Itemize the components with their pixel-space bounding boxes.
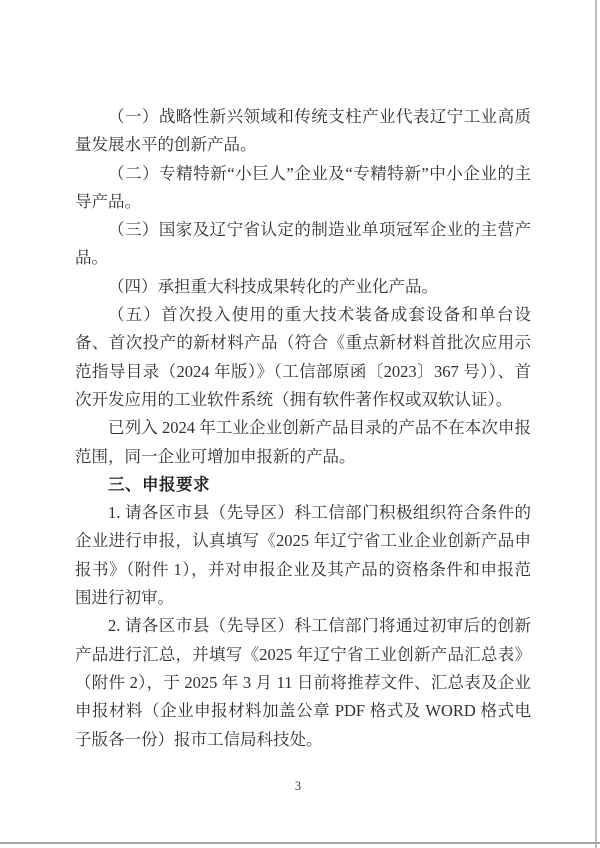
paragraph-requirement-1: 1. 请各区市县（先导区）科工信部门积极组织符合条件的企业进行申报，认真填写《2… xyxy=(75,499,531,612)
page-number: 3 xyxy=(0,779,596,794)
paragraph-scope-item-2: （二）专精特新“小巨人”企业及“专精特新”中小企业的主导产品。 xyxy=(75,160,531,217)
scan-edge-bottom-line xyxy=(0,842,600,844)
paragraph-requirement-2: 2. 请各区市县（先导区）科工信部门将通过初审后的创新产品进行汇总，并填写《20… xyxy=(75,612,531,753)
document-text-block: （一）战略性新兴领域和传统支柱产业代表辽宁工业高质量发展水平的创新产品。 （二）… xyxy=(75,103,531,754)
document-page: （一）战略性新兴领域和传统支柱产业代表辽宁工业高质量发展水平的创新产品。 （二）… xyxy=(0,0,600,848)
section-heading-requirements: 三、申报要求 xyxy=(75,471,531,499)
paragraph-scope-item-4: （四）承担重大科技成果转化的产业化产品。 xyxy=(75,273,531,301)
paragraph-scope-item-3: （三）国家及辽宁省认定的制造业单项冠军企业的主营产品。 xyxy=(75,216,531,273)
paragraph-scope-item-5: （五）首次投入使用的重大技术装备成套设备和单台设备、首次投产的新材料产品（符合《… xyxy=(75,301,531,414)
scan-edge-right-line xyxy=(595,0,597,848)
paragraph-scope-item-1: （一）战略性新兴领域和传统支柱产业代表辽宁工业高质量发展水平的创新产品。 xyxy=(75,103,531,160)
paragraph-exclusion-note: 已列入 2024 年工业企业创新产品目录的产品不在本次申报范围，同一企业可增加申… xyxy=(75,414,531,471)
